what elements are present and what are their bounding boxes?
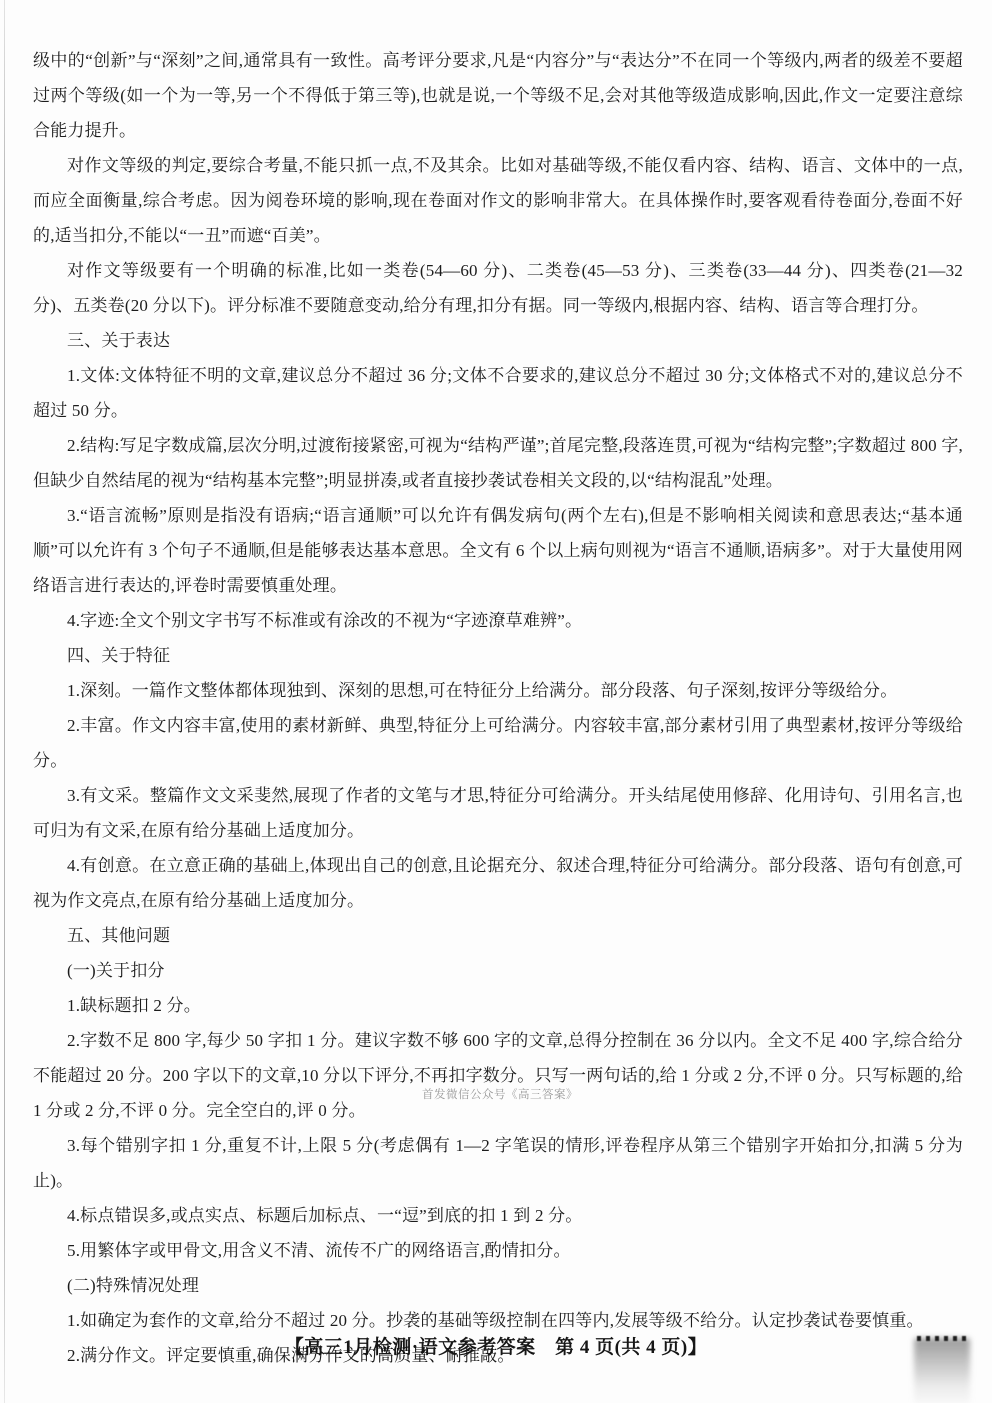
scan-smudge-haze — [914, 1338, 970, 1403]
scan-smudge-ticks — [917, 1336, 967, 1341]
document-body: 级中的“创新”与“深刻”之间,通常具有一致性。高考评分要求,凡是“内容分”与“表… — [33, 43, 963, 1373]
paragraph: 1.缺标题扣 2 分。 — [33, 988, 963, 1023]
paragraph: (一)关于扣分 — [33, 953, 963, 988]
page-footer: 【高三1月检测·语文参考答案 第 4 页(共 4 页)】 — [0, 1333, 992, 1363]
paragraph: 级中的“创新”与“深刻”之间,通常具有一致性。高考评分要求,凡是“内容分”与“表… — [33, 43, 963, 148]
paragraph: 对作文等级要有一个明确的标准,比如一类卷(54—60 分)、二类卷(45—53 … — [33, 253, 963, 323]
paragraph: 3.“语言流畅”原则是指没有语病;“语言通顺”可以允许有偶发病句(两个左右),但… — [33, 498, 963, 603]
paragraph: 4.字迹:全文个别文字书写不标准或有涂改的不视为“字迹潦草难辨”。 — [33, 603, 963, 638]
paragraph: 3.每个错别字扣 1 分,重复不计,上限 5 分(考虑偶有 1—2 字笔误的情形… — [33, 1128, 963, 1198]
scan-edge-line — [4, 0, 5, 1403]
paragraph: 1.深刻。一篇作文整体都体现独到、深刻的思想,可在特征分上给满分。部分段落、句子… — [33, 673, 963, 708]
paragraph: 4.有创意。在立意正确的基础上,体现出自己的创意,且论据充分、叙述合理,特征分可… — [33, 848, 963, 918]
paragraph: 1.文体:文体特征不明的文章,建议总分不超过 36 分;文体不合要求的,建议总分… — [33, 358, 963, 428]
paragraph: 2.结构:写足字数成篇,层次分明,过渡衔接紧密,可视为“结构严谨”;首尾完整,段… — [33, 428, 963, 498]
paragraph: 2.丰富。作文内容丰富,使用的素材新鲜、典型,特征分上可给满分。内容较丰富,部分… — [33, 708, 963, 778]
scan-smudge-artifact — [914, 1336, 970, 1403]
paragraph: 2.字数不足 800 字,每少 50 字扣 1 分。建议字数不够 600 字的文… — [33, 1023, 963, 1128]
paragraph: 对作文等级的判定,要综合考量,不能只抓一点,不及其余。比如对基础等级,不能仅看内… — [33, 148, 963, 253]
paragraph: 4.标点错误多,或点实点、标题后加标点、一“逗”到底的扣 1 到 2 分。 — [33, 1198, 963, 1233]
paragraph: (二)特殊情况处理 — [33, 1268, 963, 1303]
paragraph: 3.有文采。整篇作文文采斐然,展现了作者的文笔与才思,特征分可给满分。开头结尾使… — [33, 778, 963, 848]
paragraph: 五、其他问题 — [33, 918, 963, 953]
paragraph: 三、关于表达 — [33, 323, 963, 358]
watermark-text: 首发微信公众号《高三答案》 — [422, 1086, 578, 1102]
paragraph: 5.用繁体字或甲骨文,用含义不清、流传不广的网络语言,酌情扣分。 — [33, 1233, 963, 1268]
paragraph: 四、关于特征 — [33, 638, 963, 673]
